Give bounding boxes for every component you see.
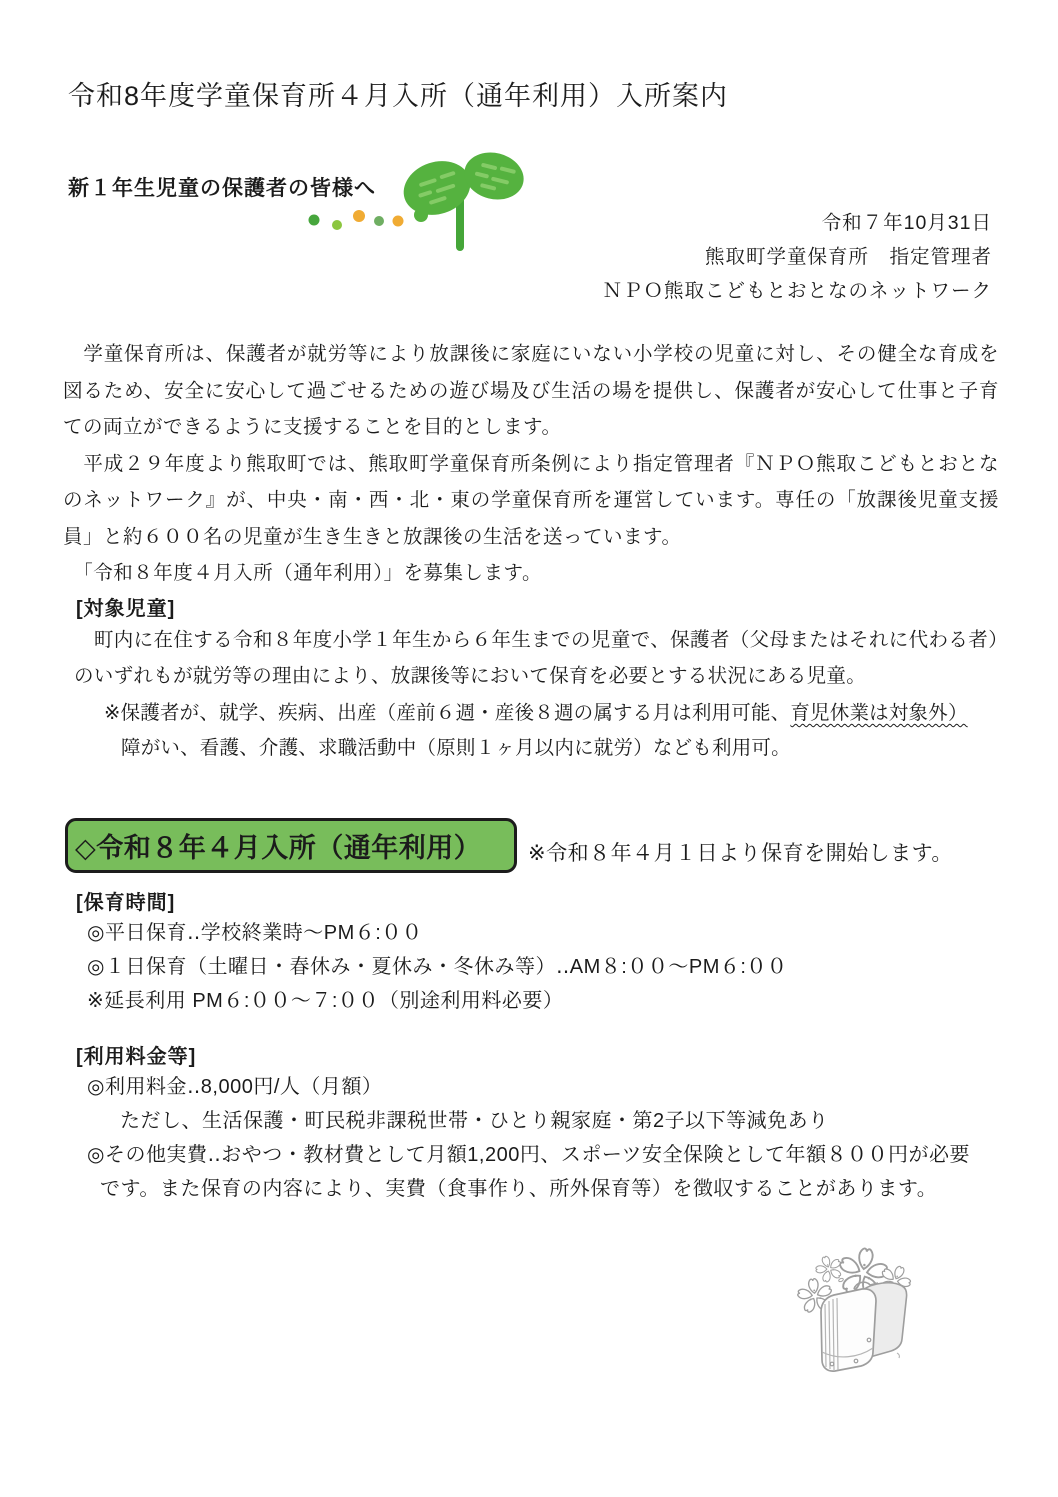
target-note-1-underlined: 育児休業は対象外） (790, 702, 967, 724)
target-children-heading: [対象児童] (76, 592, 175, 621)
target-children-body: 町内に在住する令和８年度小学１年生から６年生までの児童で、保護者（父母またはそれ… (74, 622, 1008, 694)
april-admission-banner: ◇令和８年４月入所（通年利用） (65, 818, 517, 873)
care-hours-list: ◎平日保育‥学校終業時～PM６:００ ◎１日保育（土曜日・春休み・夏休み・冬休み… (87, 916, 787, 1018)
target-note-1-text: ※保護者が、就学、疾病、出産（産前６週・産後８週の属する月は利用可能、 (104, 702, 790, 724)
fees-other-costs-cont: です。また保育の内容により、実費（食事作り、所外保育等）を徴収することがあります… (87, 1172, 970, 1206)
randoseru-sakura-illustration (766, 1240, 996, 1400)
fees-exemption: ただし、生活保護・町民税非課税世帯・ひとり親家庭・第2子以下等減免あり (87, 1104, 970, 1138)
target-note-line-2: 障がい、看護、介護、求職活動中（原則１ヶ月以内に就労）なども利用可。 (121, 732, 791, 760)
fees-other-costs: ◎その他実費‥おやつ・教材費として月額1,200円、スポーツ安全保険として年額８… (87, 1138, 970, 1172)
issuer-line-1: 熊取町学童保育所 指定管理者 (602, 240, 992, 274)
intro-paragraph-2: 平成２９年度より熊取町では、熊取町学童保育所条例により指定管理者『ＮＰＯ熊取こど… (63, 446, 999, 556)
intro-paragraph-1: 学童保育所は、保護者が就労等により放課後に家庭にいない小学校の児童に対し、その健… (63, 336, 999, 446)
page-title: 令和8年度学童保育所４月入所（通年利用）入所案内 (68, 74, 728, 113)
care-hours-fullday: ◎１日保育（土曜日・春休み・夏休み・冬休み等）‥AM８:００～PM６:００ (87, 950, 787, 984)
intro-paragraph-3: 「令和８年度４月入所（通年利用）」を募集します。 (63, 555, 999, 592)
issuer-line-2: ＮＰＯ熊取こどもとおとなのネットワーク (602, 274, 992, 308)
target-note-line-1: ※保護者が、就学、疾病、出産（産前６週・産後８週の属する月は利用可能、育児休業は… (104, 697, 968, 725)
care-hours-heading: [保育時間] (76, 886, 175, 915)
document-page: 令和8年度学童保育所４月入所（通年利用）入所案内 新１年生児童の保護者の皆様へ … (0, 0, 1058, 1497)
care-start-note: ※令和８年４月１日より保育を開始します。 (528, 837, 953, 867)
care-hours-extension: ※延長利用 PM６:００～７:００（別途利用料必要） (87, 984, 787, 1018)
issued-date: 令和７年10月31日 (602, 206, 992, 240)
fees-monthly: ◎利用料金‥8,000円/人（月額） (87, 1070, 970, 1104)
april-admission-banner-label: ◇令和８年４月入所（通年利用） (75, 826, 481, 865)
fees-list: ◎利用料金‥8,000円/人（月額） ただし、生活保護・町民税非課税世帯・ひとり… (87, 1070, 970, 1206)
issued-block: 令和７年10月31日 熊取町学童保育所 指定管理者 ＮＰＯ熊取こどもとおとなのネ… (602, 206, 992, 308)
fees-heading: [利用料金等] (76, 1040, 196, 1069)
intro-paragraphs: 学童保育所は、保護者が就労等により放課後に家庭にいない小学校の児童に対し、その健… (63, 336, 999, 592)
sprout-icon (297, 146, 525, 252)
care-hours-weekday: ◎平日保育‥学校終業時～PM６:００ (87, 916, 787, 950)
